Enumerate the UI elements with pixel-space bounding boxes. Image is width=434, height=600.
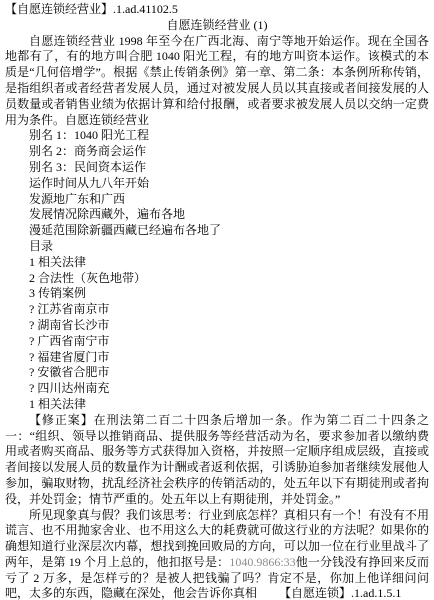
document-page: 【自愿连锁经营业】.1.ad.41102.5 自愿连锁经营业 (1) 自愿连锁经… — [0, 0, 434, 600]
amendment-paragraph: 【修正案】在刑法第二百二十四条后增加一条。作为第二百二十四条之一：“组织、领导以… — [5, 413, 429, 508]
info-line-development: 发展情况除西藏外，遍布各地 — [5, 207, 429, 223]
info-line-origin: 发源地广东和广西 — [5, 192, 429, 208]
toc-item-related-law: 1 相关法律 — [5, 255, 429, 271]
info-line-start-time: 运作时间从九八年开始 — [5, 176, 429, 192]
toc-item-cases: 3 传销案例 — [5, 286, 429, 302]
page-title: 自愿连锁经营业 (1) — [5, 18, 429, 34]
info-line-alias-3: 别名 3：民间资本运作 — [5, 160, 429, 176]
toc-item-nanjing: ? 江苏省南京市 — [5, 302, 429, 318]
contact-number: 1040.9866:33 — [229, 555, 295, 569]
toc-item-dazhou-nanchong: ? 四川达州南充 — [5, 381, 429, 397]
intro-paragraph: 自愿连锁经营业 1998 年至今在广西北海、南宁等地开始运作。现在全国各地都有了… — [5, 34, 429, 129]
info-line-alias-2: 别名 2：商务商会运作 — [5, 144, 429, 160]
toc-item-changsha: ? 湖南省长沙市 — [5, 318, 429, 334]
toc-heading: 目录 — [5, 239, 429, 255]
document-id-footer: 【自愿连锁】.1.ad.1.5.1 — [279, 586, 401, 600]
document-id-header: 【自愿连锁经营业】.1.ad.41102.5 — [5, 2, 429, 18]
toc-item-xiamen: ? 福建省厦门市 — [5, 350, 429, 366]
toc-item-hefei: ? 安徽省合肥市 — [5, 365, 429, 381]
info-line-spread-range: 漫延范围除新疆西藏已经遍布各地了 — [5, 223, 429, 239]
toc-item-nanning: ? 广西省南宁市 — [5, 334, 429, 350]
closing-paragraph: 所见现象真与假？我们该思考：行业到底怎样？真相只有一个！有没有不用谎言、也不用抛… — [5, 508, 429, 600]
toc-item-legality: 2 合法性（灰色地带） — [5, 271, 429, 287]
section-heading-related-law: 1 相关法律 — [5, 397, 429, 413]
info-line-alias-1: 别名 1：1040 阳光工程 — [5, 128, 429, 144]
